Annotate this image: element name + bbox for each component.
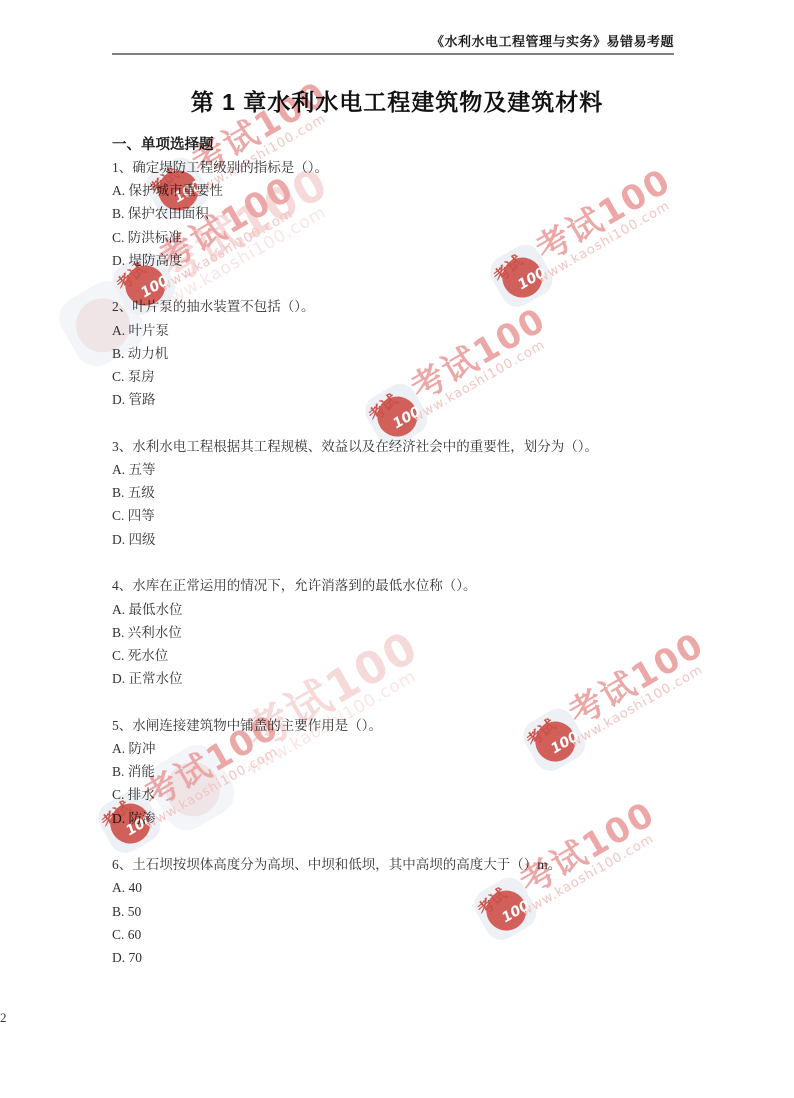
answer-option: C. 死水位 [112,644,712,667]
answer-option: C. 防洪标准 [112,226,712,249]
question-text: 3、水利水电工程根据其工程规模、效益以及在经济社会中的重要性，划分为（）。 [112,435,712,458]
page-title: 第 1 章水利水电工程建筑物及建筑材料 [0,84,794,117]
answer-option: C. 泵房 [112,365,712,388]
answer-option: A. 保护城市重要性 [112,179,712,202]
section-heading: 一、单项选择题 [112,133,214,154]
question-text: 5、水闸连接建筑物中铺盖的主要作用是（）。 [112,714,712,737]
answer-option: D. 堤防高度 [112,249,712,272]
document-page: 《水利水电工程管理与实务》易错易考题 第 1 章水利水电工程建筑物及建筑材料 一… [0,0,794,1098]
question-text: 2、叶片泵的抽水装置不包括（）。 [112,295,712,318]
answer-option: C. 四等 [112,504,712,527]
answer-option: A. 防冲 [112,737,712,760]
page-header-text: 《水利水电工程管理与实务》易错易考题 [112,31,674,50]
question-block: 1、确定堤防工程级别的指标是（）。 A. 保护城市重要性B. 保护农田面积C. … [112,156,712,272]
answer-option: C. 排水 [112,783,712,806]
question-text: 6、土石坝按坝体高度分为高坝、中坝和低坝，其中高坝的高度大于（）m。 [112,853,712,876]
answer-option: A. 叶片泵 [112,319,712,342]
answer-option: D. 70 [112,946,712,969]
question-block: 5、水闸连接建筑物中铺盖的主要作用是（）。 A. 防冲B. 消能C. 排水D. … [112,714,712,830]
answer-option: B. 五级 [112,481,712,504]
answer-option: D. 管路 [112,388,712,411]
question-list: 1、确定堤防工程级别的指标是（）。 A. 保护城市重要性B. 保护农田面积C. … [112,156,712,993]
question-text: 4、水库在正常运用的情况下，允许消落到的最低水位称（）。 [112,574,712,597]
answer-option: C. 60 [112,923,712,946]
question-block: 6、土石坝按坝体高度分为高坝、中坝和低坝，其中高坝的高度大于（）m。 A. 40… [112,853,712,969]
question-block: 4、水库在正常运用的情况下，允许消落到的最低水位称（）。 A. 最低水位B. 兴… [112,574,712,690]
answer-option: A. 最低水位 [112,598,712,621]
answer-option: A. 40 [112,876,712,899]
answer-option: B. 兴利水位 [112,621,712,644]
answer-option: B. 动力机 [112,342,712,365]
header-rule [112,53,674,55]
question-block: 2、叶片泵的抽水装置不包括（）。 A. 叶片泵B. 动力机C. 泵房D. 管路 [112,295,712,411]
answer-option: D. 四级 [112,528,712,551]
answer-option: D. 防渗 [112,807,712,830]
question-text: 1、确定堤防工程级别的指标是（）。 [112,156,712,179]
answer-option: B. 保护农田面积 [112,202,712,225]
answer-option: B. 消能 [112,760,712,783]
answer-option: A. 五等 [112,458,712,481]
answer-option: B. 50 [112,900,712,923]
question-block: 3、水利水电工程根据其工程规模、效益以及在经济社会中的重要性，划分为（）。 A.… [112,435,712,551]
page-number: 2 [0,1010,7,1026]
answer-option: D. 正常水位 [112,667,712,690]
